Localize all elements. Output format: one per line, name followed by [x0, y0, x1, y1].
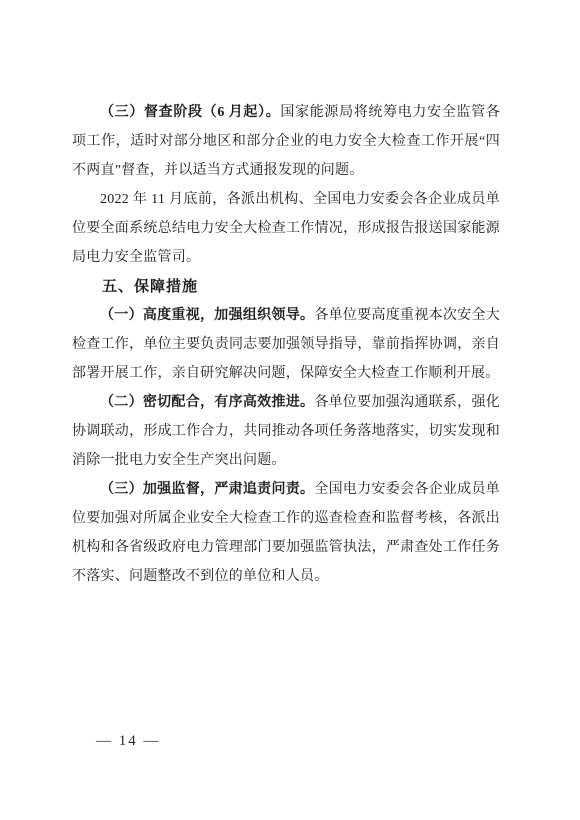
paragraph-supervision-stage: （三）督查阶段（6 月起）。国家能源局将统筹电力安全监管各项工作，适时对部分地区… [72, 98, 500, 185]
document-body: （三）督查阶段（6 月起）。国家能源局将统筹电力安全监管各项工作，适时对部分地区… [72, 98, 500, 591]
paragraph-measure-2: （二）密切配合，有序高效推进。各单位要加强沟通联系，强化协调联动，形成工作合力，… [72, 388, 500, 475]
paragraph-measure-3: （三）加强监督，严肃追责问责。全国电力安委会各企业成员单位要加强对所属企业安全大… [72, 475, 500, 591]
page-number: — 14 — [96, 733, 161, 750]
document-page: （三）督查阶段（6 月起）。国家能源局将统筹电力安全监管各项工作，适时对部分地区… [0, 0, 580, 820]
paragraph-lead: （三）加强监督，严肃追责问责。 [100, 482, 314, 497]
paragraph-lead: （三）督查阶段（6 月起）。 [100, 105, 280, 120]
paragraph-lead: （一）高度重视，加强组织领导。 [100, 308, 314, 323]
paragraph-measure-1: （一）高度重视，加强组织领导。各单位要高度重视本次安全大检查工作，单位主要负责同… [72, 301, 500, 388]
section-heading-safeguard-measures: 五、保障措施 [72, 272, 500, 301]
paragraph-lead: （二）密切配合，有序高效推进。 [100, 395, 314, 410]
paragraph-text: 2022 年 11 月底前，各派出机构、全国电力安委会各企业成员单位要全面系统总… [72, 192, 500, 265]
paragraph-text: 全国电力安委会各企业成员单位要加强对所属企业安全大检查工作的巡查检查和监督考核，… [72, 482, 500, 584]
paragraph-report-deadline: 2022 年 11 月底前，各派出机构、全国电力安委会各企业成员单位要全面系统总… [72, 185, 500, 272]
